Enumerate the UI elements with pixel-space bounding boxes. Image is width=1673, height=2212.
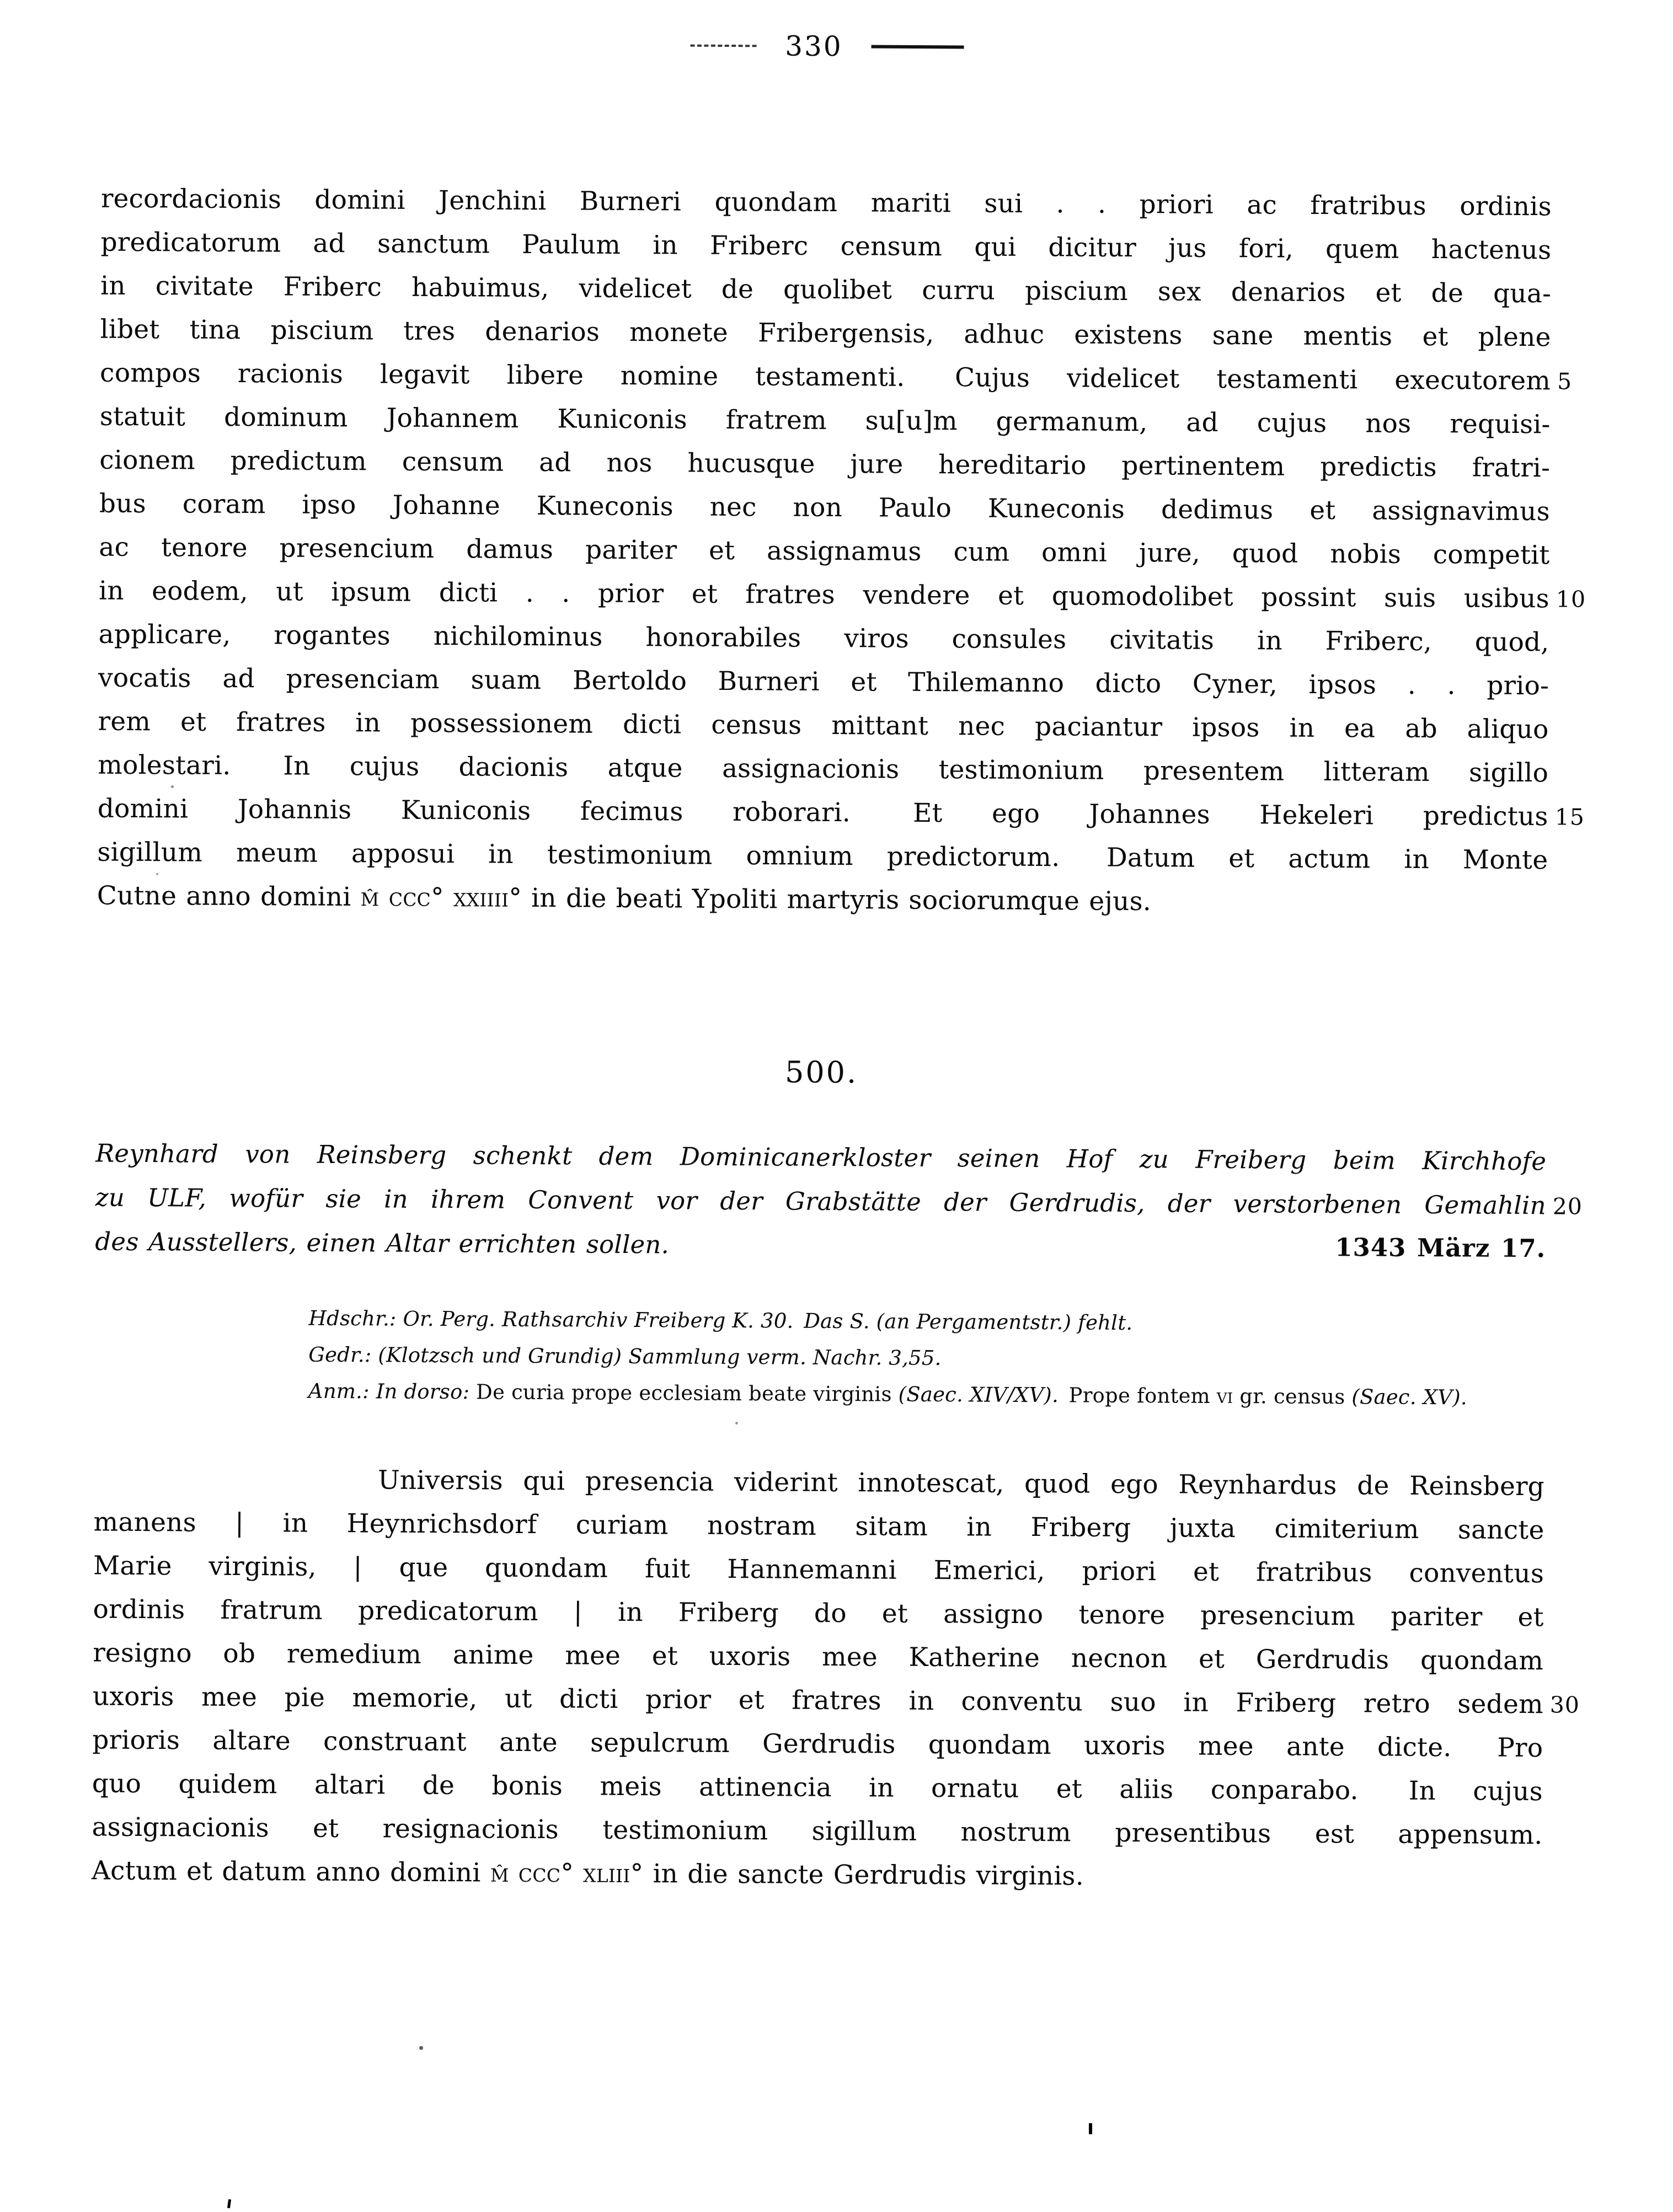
text-line: Universis qui presencia viderint innotes… bbox=[94, 1457, 1544, 1509]
text-line: assignacionis et resignacionis testimoni… bbox=[92, 1806, 1542, 1857]
text-line: molestari. In cujus dacionis atque assig… bbox=[98, 743, 1548, 795]
text-line: rem et fratres in possessionem dicti cen… bbox=[98, 700, 1548, 752]
text-line: sigillum meum apposui in testimonium omn… bbox=[97, 831, 1548, 882]
text-line: cionem predictum censum ad nos hucusque … bbox=[99, 438, 1550, 490]
text-line: Reynhard von Reinsberg schenkt dem Domin… bbox=[95, 1132, 1546, 1184]
scan-artifact bbox=[735, 1422, 738, 1424]
text-line: Actum et datum anno domini m̂ ccc° xliii… bbox=[92, 1849, 1542, 1901]
apparatus-label: Gedr.: bbox=[308, 1343, 371, 1367]
apparatus-text: (Klotzsch und Grundig) Sammlung verm. Na… bbox=[371, 1343, 941, 1370]
margin-line-number: 25 bbox=[1551, 1465, 1617, 1509]
scanned-book-page: 330 recordacionis domini Jenchini Burner… bbox=[0, 0, 1673, 2212]
margin-line-number: 15 bbox=[1555, 795, 1621, 839]
text-line: compos racionis legavit libere nomine te… bbox=[100, 351, 1551, 403]
page-header: 330 bbox=[101, 25, 1552, 68]
scan-artifact bbox=[419, 2046, 423, 2050]
text-line: resigno ob remedium anime mee et uxoris … bbox=[93, 1631, 1543, 1683]
apparatus-line: Gedr.: (Klotzsch und Grundig) Sammlung v… bbox=[308, 1337, 1545, 1380]
entry-date: 1343 März 17. bbox=[1335, 1225, 1546, 1271]
text-line: manens | in Heynrichsdorf curiam nostram… bbox=[93, 1501, 1544, 1552]
entry-regest: Reynhard von Reinsberg schenkt dem Domin… bbox=[95, 1132, 1546, 1272]
text-line: predicatorum ad sanctum Paulum in Friber… bbox=[100, 221, 1551, 272]
margin-line-number: 20 bbox=[1553, 1184, 1619, 1229]
header-rule-right bbox=[872, 45, 964, 49]
text-line: quo quidem altari de bonis meis attinenc… bbox=[92, 1762, 1543, 1814]
scan-artifact bbox=[227, 2199, 231, 2209]
apparatus-text: Or. Perg. Rathsarchiv Freiberg K. 30. Da… bbox=[396, 1307, 1132, 1335]
apparatus-label: Anm.: bbox=[308, 1379, 370, 1404]
text-line: Cutne anno domini m̂ ccc° xxiiii° in die… bbox=[97, 874, 1548, 926]
text-line: statuit dominum Johannem Kuniconis fratr… bbox=[100, 395, 1551, 447]
page-number: 330 bbox=[785, 29, 843, 65]
text-line: domini Johannis Kuniconis fecimus robora… bbox=[98, 787, 1548, 839]
text-line: applicare, rogantes nichilominus honorab… bbox=[98, 613, 1549, 665]
apparatus-text: In dorso: De curia prope ecclesiam beate… bbox=[370, 1379, 1467, 1409]
scan-artifact bbox=[171, 785, 174, 788]
text-line: ac tenore presencium damus pariter et as… bbox=[99, 526, 1549, 577]
apparatus-line: Anm.: In dorso: De curia prope ecclesiam… bbox=[308, 1373, 1545, 1417]
margin-line-number: 5 bbox=[1557, 360, 1623, 404]
text-line: bus coram ipso Johanne Kuneconis nec non… bbox=[99, 482, 1550, 534]
entry-number: 500. bbox=[96, 1051, 1547, 1095]
scan-artifact bbox=[1089, 2123, 1092, 2134]
text-line: vocatis ad presenciam suam Bertoldo Burn… bbox=[98, 656, 1549, 708]
text-line: ordinis fratrum predicatorum | in Friber… bbox=[93, 1588, 1543, 1640]
margin-line-number: 30 bbox=[1550, 1683, 1616, 1727]
apparatus-label: Hdschr.: bbox=[309, 1306, 397, 1331]
text-line: prioris altare construant ante sepulcrum… bbox=[92, 1718, 1543, 1770]
charter-continuation-text: recordacionis domini Jenchini Burneri qu… bbox=[97, 177, 1552, 926]
apparatus-line: Hdschr.: Or. Perg. Rathsarchiv Freiberg … bbox=[308, 1300, 1545, 1344]
header-rule-left bbox=[690, 45, 756, 47]
text-line: des Ausstellers, einen Altar errichten s… bbox=[95, 1220, 1546, 1272]
text-line: Marie virginis, | que quondam fuit Hanne… bbox=[93, 1544, 1544, 1596]
text-line: zu ULF, wofür sie in ihrem Convent vor d… bbox=[95, 1176, 1546, 1228]
charter-500-text: Universis qui presencia viderint innotes… bbox=[92, 1457, 1544, 1901]
margin-line-number: 10 bbox=[1556, 577, 1622, 622]
text-line: in eodem, ut ipsum dicti . . prior et fr… bbox=[99, 569, 1549, 621]
entry-apparatus: Hdschr.: Or. Perg. Rathsarchiv Freiberg … bbox=[308, 1300, 1546, 1417]
text-line: libet tina piscium tres denarios monete … bbox=[100, 308, 1551, 360]
text-line: in civitate Friberc habuimus, videlicet … bbox=[100, 264, 1551, 316]
scan-artifact bbox=[156, 873, 158, 875]
text-line: uxoris mee pie memorie, ut dicti prior e… bbox=[93, 1675, 1543, 1727]
text-line: recordacionis domini Jenchini Burneri qu… bbox=[101, 177, 1552, 229]
